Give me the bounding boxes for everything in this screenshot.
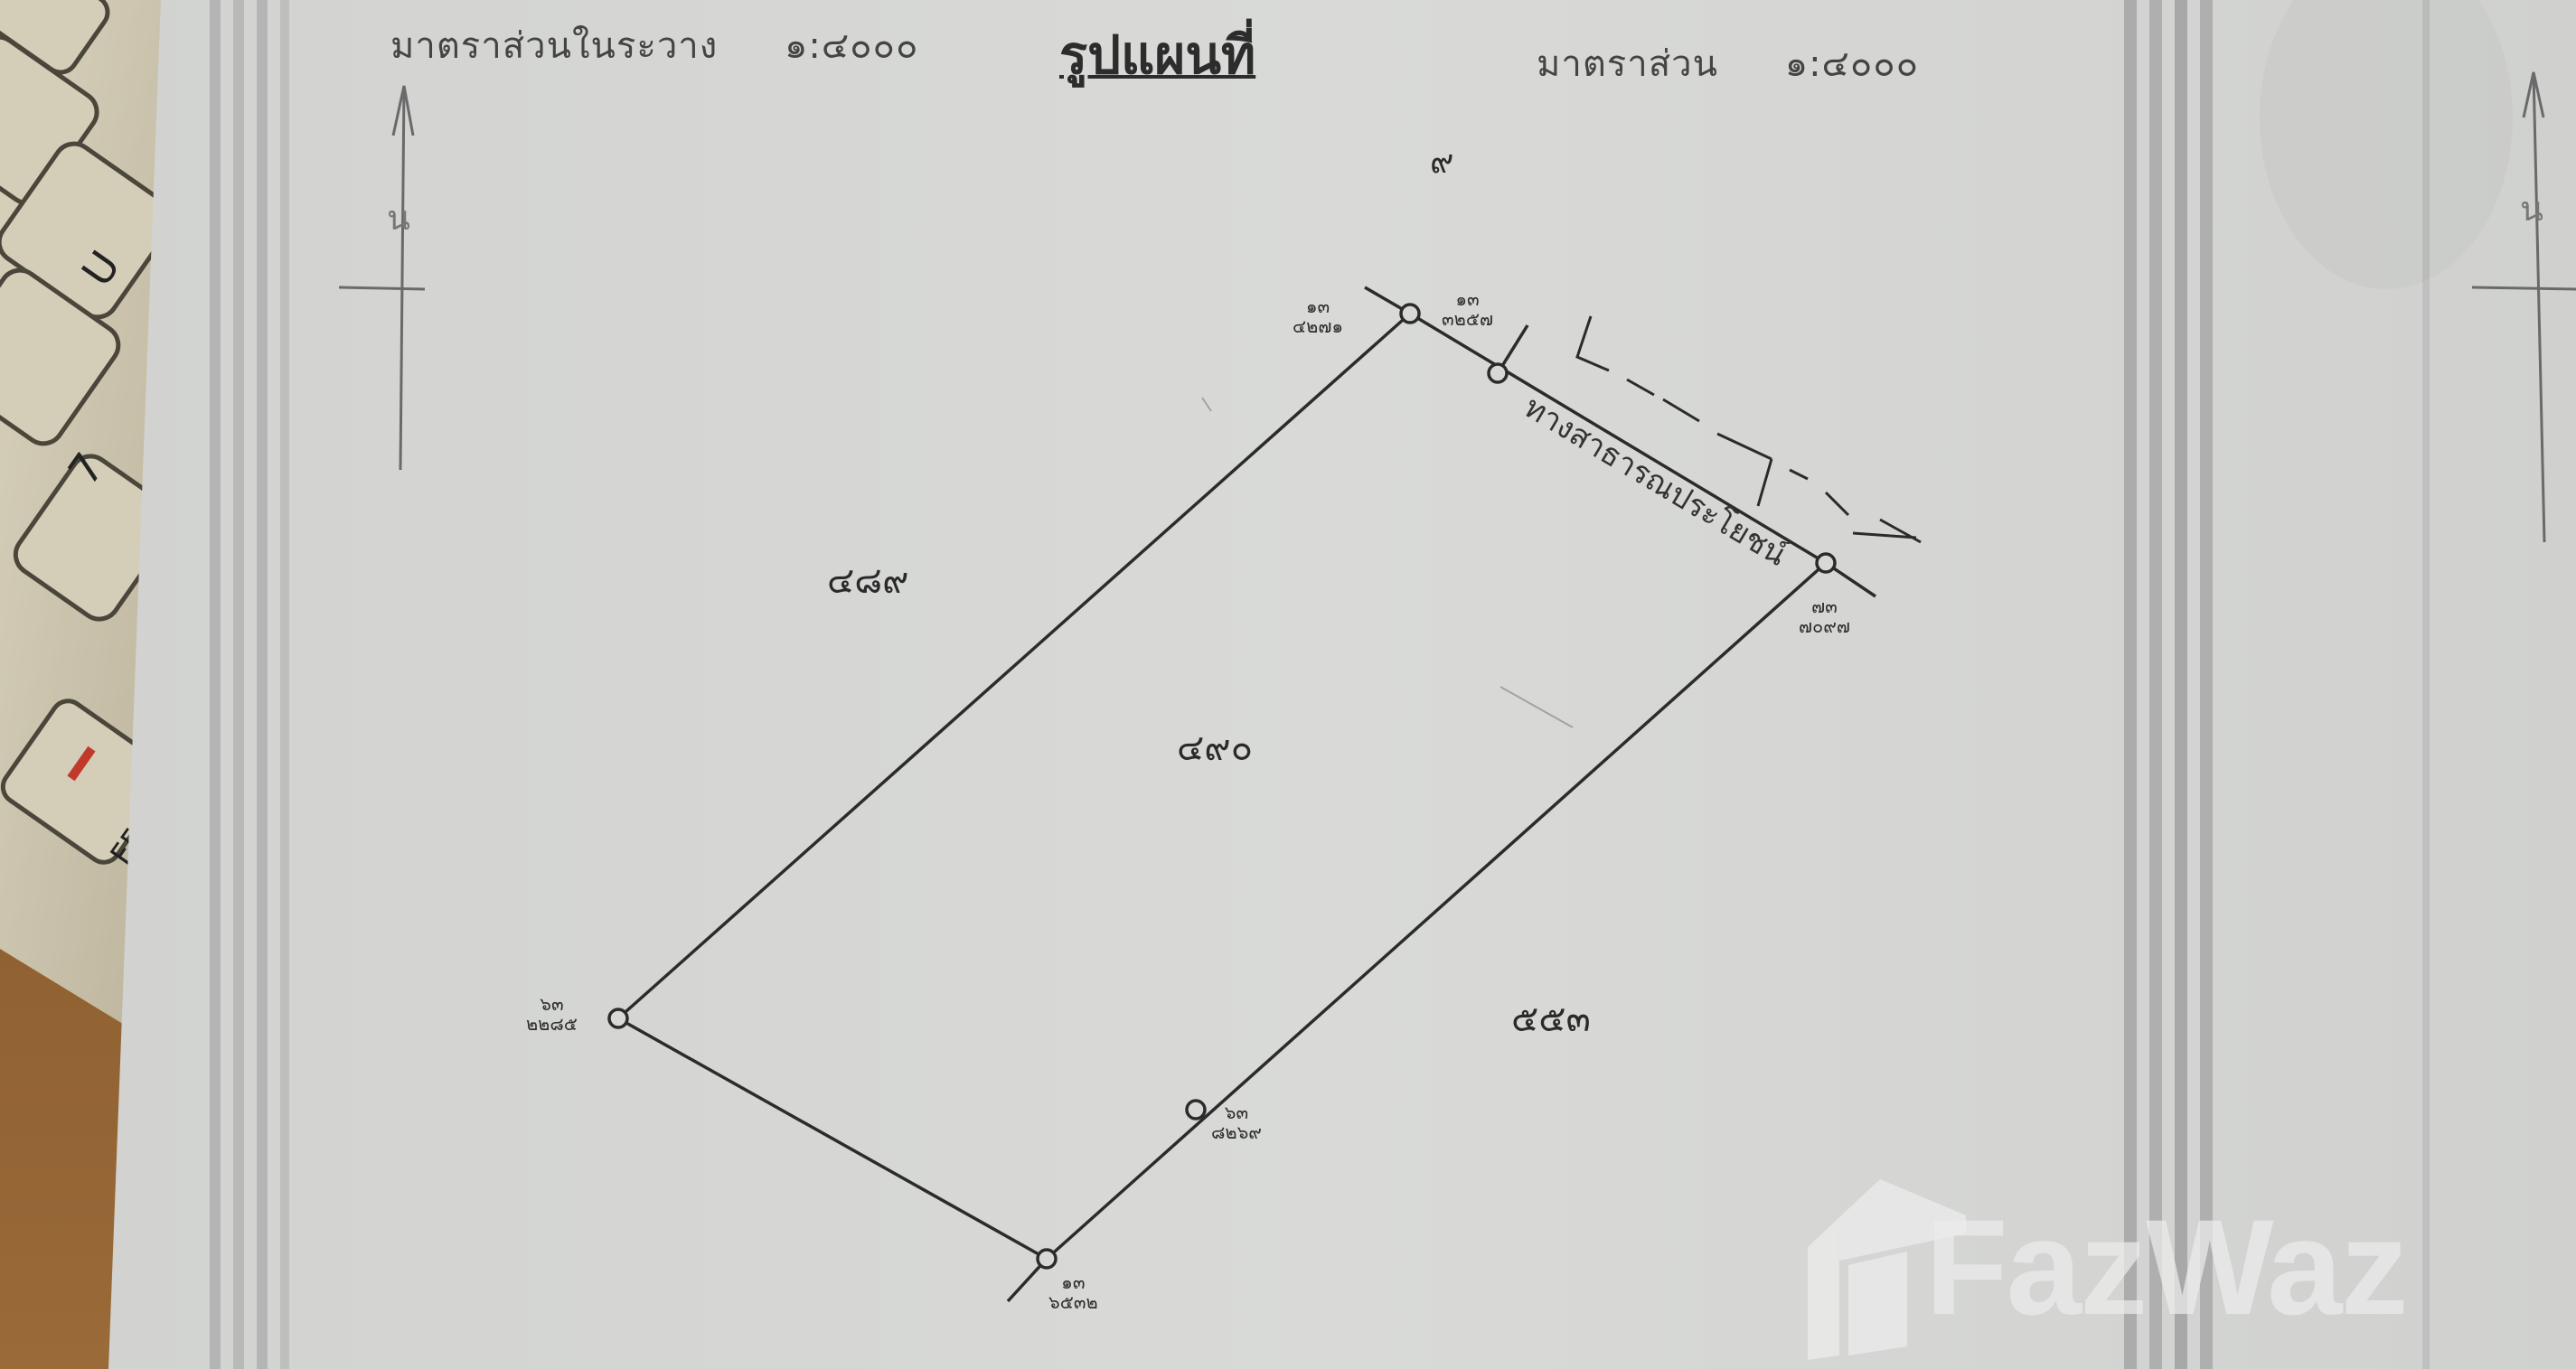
top-adjacent-label: ๙ <box>1430 136 1453 187</box>
marker-top-icon <box>1401 305 1419 323</box>
scale-left-value: ๑:๔๐๐๐ <box>785 25 918 67</box>
marker-label-top: ๑๓๔๒๗๑ <box>1293 296 1343 336</box>
scale-right: มาตราส่วน ๑:๔๐๐๐ <box>1537 34 1919 92</box>
parcel-number-left: ๔๘๙ <box>827 551 908 609</box>
photo-scene: U 7 F5 <box>0 0 2576 1369</box>
scale-right-value: ๑:๔๐๐๐ <box>1785 43 1919 85</box>
marker-label-bottom: ๑๓๖๕๓๒ <box>1048 1272 1098 1312</box>
marker-bottom-mid-icon <box>1187 1101 1205 1119</box>
map-title: รูปแผนที่ <box>1059 13 1255 97</box>
scale-left: มาตราส่วนในระวาง ๑:๔๐๐๐ <box>390 16 918 74</box>
parcel-number-right: ๕๕๓ <box>1511 989 1591 1047</box>
marker-bottom-icon <box>1038 1250 1056 1268</box>
scale-left-label: มาตราส่วนในระวาง <box>390 25 718 67</box>
marker-road-icon <box>1489 364 1507 382</box>
marker-right-icon <box>1817 554 1835 572</box>
marker-label-road: ๑๓๓๒๕๗ <box>1442 289 1493 329</box>
watermark-text: FazWaz <box>1925 1189 2406 1346</box>
marker-label-right: ๗๓๗๐๙๗ <box>1799 596 1850 636</box>
marker-left-icon <box>609 1009 627 1027</box>
marker-label-left: ๖๓๒๒๘๕ <box>526 994 578 1034</box>
marker-label-bottom-mid: ๖๓๘๒๖๙ <box>1211 1102 1262 1142</box>
fazwaz-watermark: FazWaz <box>1925 1170 2406 1364</box>
north-label-right: น <box>2520 181 2543 236</box>
north-label-left: น <box>387 190 410 245</box>
parcel-number-center: ๔๙๐ <box>1177 718 1253 776</box>
scale-right-label: มาตราส่วน <box>1537 43 1718 85</box>
